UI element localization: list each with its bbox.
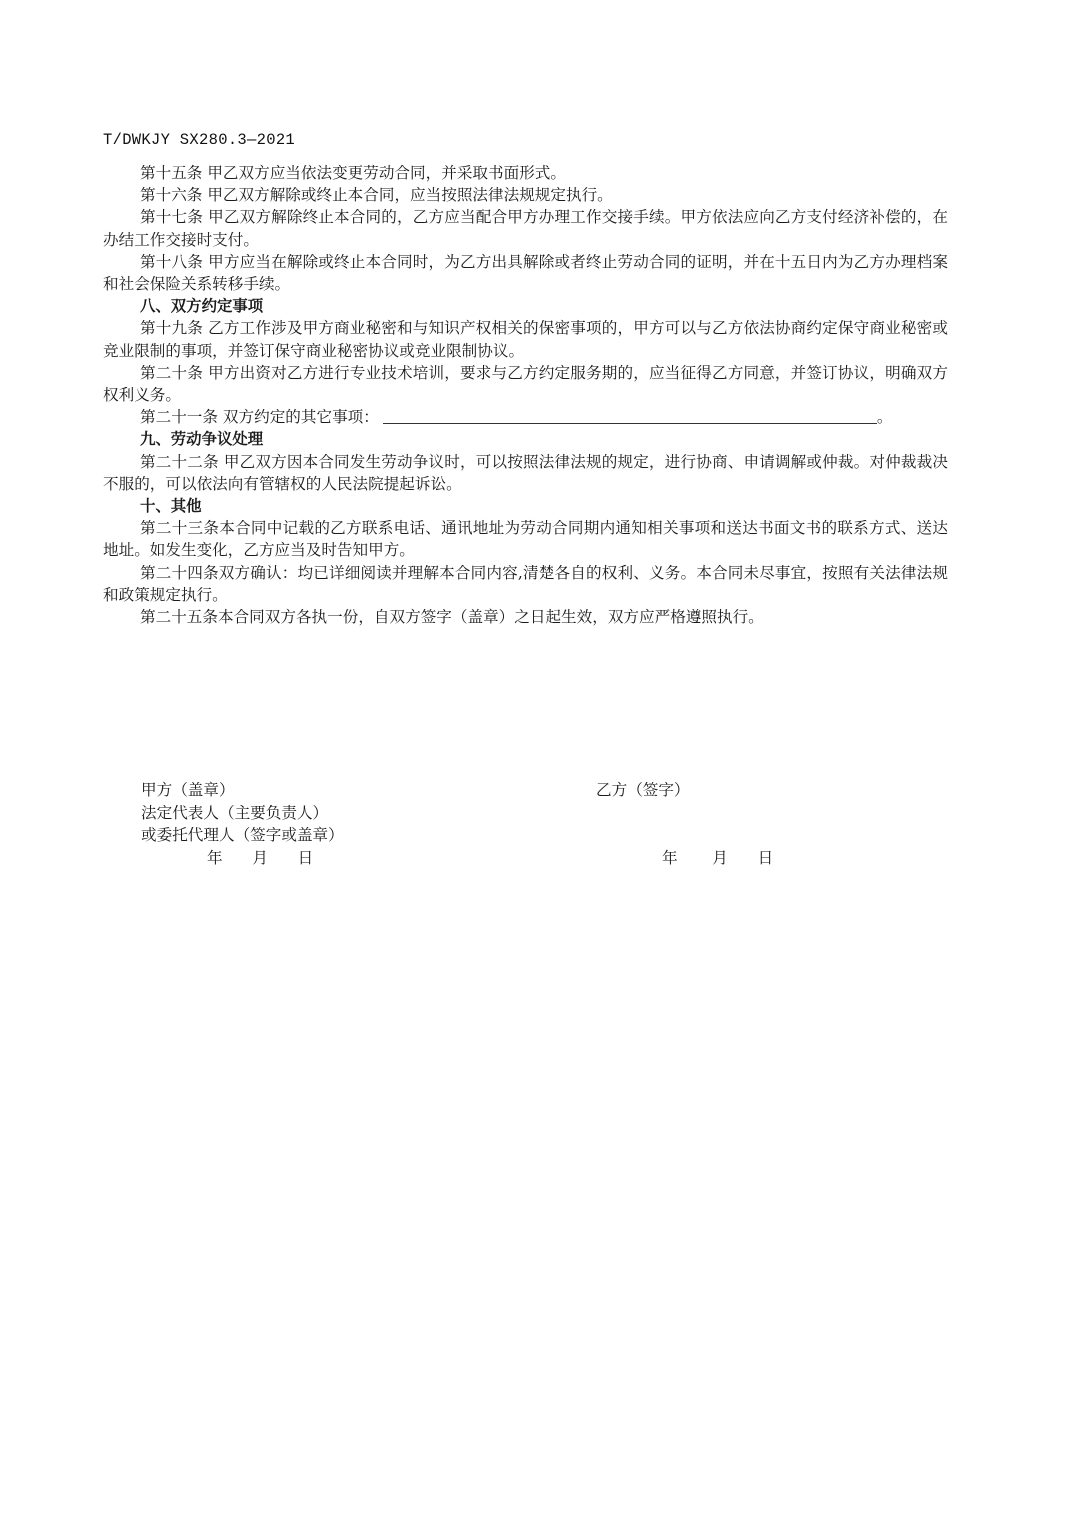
party-a-signature-block: 甲方（盖章） 法定代表人（主要负责人） 或委托代理人（签字或盖章） 年 月 日 (141, 779, 344, 869)
article-21-suffix: 。 (877, 408, 893, 426)
document-header-code: T/DWKJY SX280.3—2021 (103, 131, 295, 149)
party-b-signature-label: 乙方（签字） (596, 779, 773, 802)
party-b-date: 年 月 日 (596, 847, 773, 870)
article-25: 第二十五条本合同双方各执一份，自双方签字（盖章）之日起生效，双方应严格遵照执行。 (103, 606, 948, 628)
party-a-agent-label: 或委托代理人（签字或盖章） (141, 824, 344, 847)
article-15: 第十五条 甲乙双方应当依法变更劳动合同，并采取书面形式。 (103, 162, 948, 184)
article-22: 第二十二条 甲乙双方因本合同发生劳动争议时，可以按照法律法规的规定，进行协商、申… (103, 451, 948, 495)
party-a-legal-rep-label: 法定代表人（主要负责人） (141, 802, 344, 825)
article-19: 第十九条 乙方工作涉及甲方商业秘密和与知识产权相关的保密事项的，甲方可以与乙方依… (103, 317, 948, 361)
party-a-seal-label: 甲方（盖章） (141, 779, 344, 802)
article-16: 第十六条 甲乙双方解除或终止本合同，应当按照法律法规规定执行。 (103, 184, 948, 206)
article-17: 第十七条 甲乙双方解除终止本合同的，乙方应当配合甲方办理工作交接手续。甲方依法应… (103, 206, 948, 250)
party-b-signature-block: 乙方（签字） 年 月 日 (596, 779, 773, 869)
article-23: 第二十三条本合同中记载的乙方联系电话、通讯地址为劳动合同期内通知相关事项和送达书… (103, 517, 948, 561)
article-24: 第二十四条双方确认：均已详细阅读并理解本合同内容,清楚各自的权利、义务。本合同未… (103, 562, 948, 606)
article-21: 第二十一条 双方约定的其它事项：。 (103, 406, 948, 428)
section-heading-10: 十、其他 (103, 495, 948, 517)
other-matters-fill-blank[interactable] (383, 409, 877, 424)
party-a-date: 年 月 日 (141, 847, 344, 870)
article-18: 第十八条 甲方应当在解除或终止本合同时，为乙方出具解除或者终止劳动合同的证明，并… (103, 251, 948, 295)
article-21-label: 第二十一条 双方约定的其它事项： (140, 408, 379, 426)
document-page: T/DWKJY SX280.3—2021 第十五条 甲乙双方应当依法变更劳动合同… (0, 0, 1074, 1520)
section-heading-9: 九、劳动争议处理 (103, 428, 948, 450)
section-heading-8: 八、双方约定事项 (103, 295, 948, 317)
article-20: 第二十条 甲方出资对乙方进行专业技术培训，要求与乙方约定服务期的，应当征得乙方同… (103, 362, 948, 406)
contract-body: 第十五条 甲乙双方应当依法变更劳动合同，并采取书面形式。 第十六条 甲乙双方解除… (103, 162, 948, 628)
